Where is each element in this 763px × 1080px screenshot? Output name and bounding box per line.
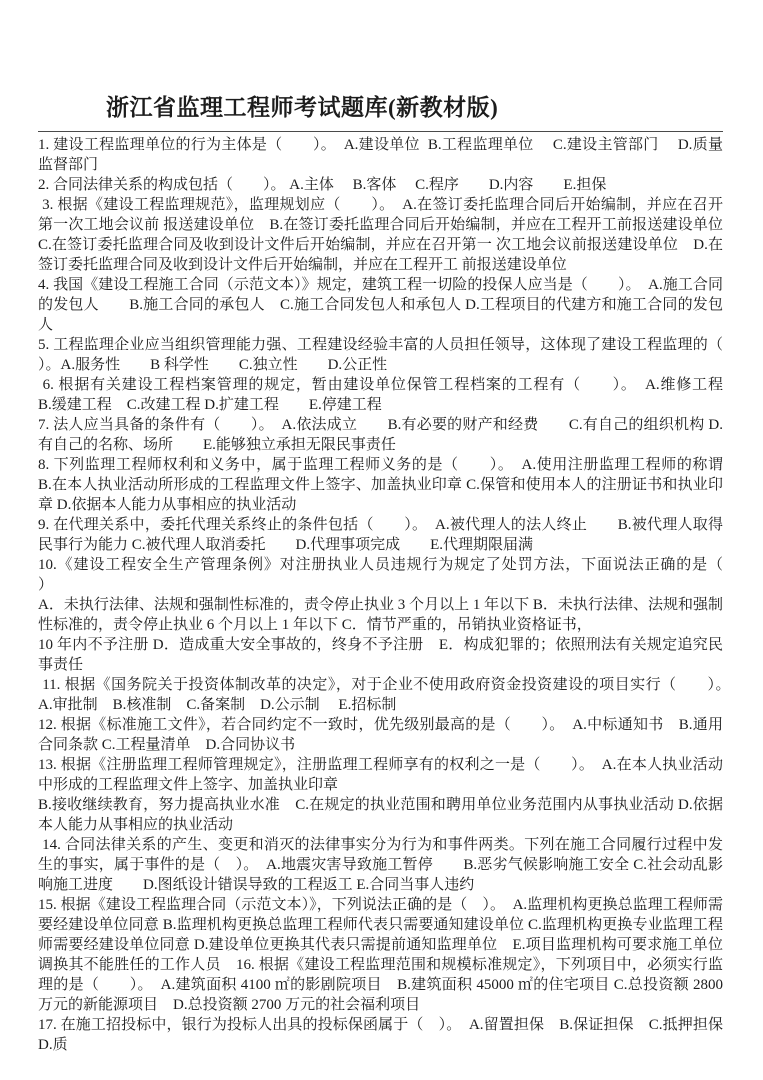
question-2: 2. 合同法律关系的构成包括（ ）。 A.主体 B.客体 C.程序 D.内容 E… bbox=[38, 175, 723, 195]
question-11: 11. 根据《国务院关于投资体制改革的决定》，对于企业不使用政府资金投资建设的项… bbox=[38, 675, 723, 715]
title-divider bbox=[38, 131, 723, 132]
question-10: 10.《建设工程安全生产管理条例》对注册执业人员违规行为规定了处罚方法，下面说法… bbox=[38, 555, 723, 675]
question-7: 7. 法人应当具备的条件有（ ）。 A.依法成立 B.有必要的财产和经费 C.有… bbox=[38, 415, 723, 455]
question-9: 9. 在代理关系中，委托代理关系终止的条件包括（ ）。 A.被代理人的法人终止 … bbox=[38, 515, 723, 555]
question-15-16: 15. 根据《建设工程监理合同（示范文本）》，下列说法正确的是（ ）。 A.监理… bbox=[38, 895, 723, 1015]
question-5: 5. 工程监理企业应当组织管理能力强、工程建设经验丰富的人员担任领导，这体现了建… bbox=[38, 335, 723, 375]
question-8: 8. 下列监理工程师权利和义务中，属于监理工程师义务的是（ ）。 A.使用注册监… bbox=[38, 455, 723, 515]
question-17: 17. 在施工招投标中，银行为投标人出具的投标保函属于（ ）。 A.留置担保 B… bbox=[38, 1015, 723, 1055]
question-13: 13. 根据《注册监理工程师管理规定》，注册监理工程师享有的权利之一是（ ）。 … bbox=[38, 755, 723, 835]
question-6: 6. 根据有关建设工程档案管理的规定，暂由建设单位保管工程档案的工程有（ ）。 … bbox=[38, 375, 723, 415]
page-title: 浙江省监理工程师考试题库(新教材版) bbox=[106, 93, 723, 123]
document-page: 浙江省监理工程师考试题库(新教材版) 1. 建设工程监理单位的行为主体是（ ）。… bbox=[0, 0, 763, 1080]
question-14: 14. 合同法律关系的产生、变更和消灭的法律事实分为行为和事件两类。下列在施工合… bbox=[38, 835, 723, 895]
question-3: 3. 根据《建设工程监理规范》，监理规划应（ ）。 A.在签订委托监理合同后开始… bbox=[38, 195, 723, 275]
question-12: 12. 根据《标准施工文件》，若合同约定不一致时，优先级别最高的是（ ）。 A.… bbox=[38, 715, 723, 755]
question-4: 4. 我国《建设工程施工合同（示范文本）》规定，建筑工程一切险的投保人应当是（ … bbox=[38, 275, 723, 335]
question-list: 1. 建设工程监理单位的行为主体是（ ）。 A.建设单位 B.工程监理单位 C.… bbox=[38, 135, 723, 1055]
question-1: 1. 建设工程监理单位的行为主体是（ ）。 A.建设单位 B.工程监理单位 C.… bbox=[38, 135, 723, 175]
